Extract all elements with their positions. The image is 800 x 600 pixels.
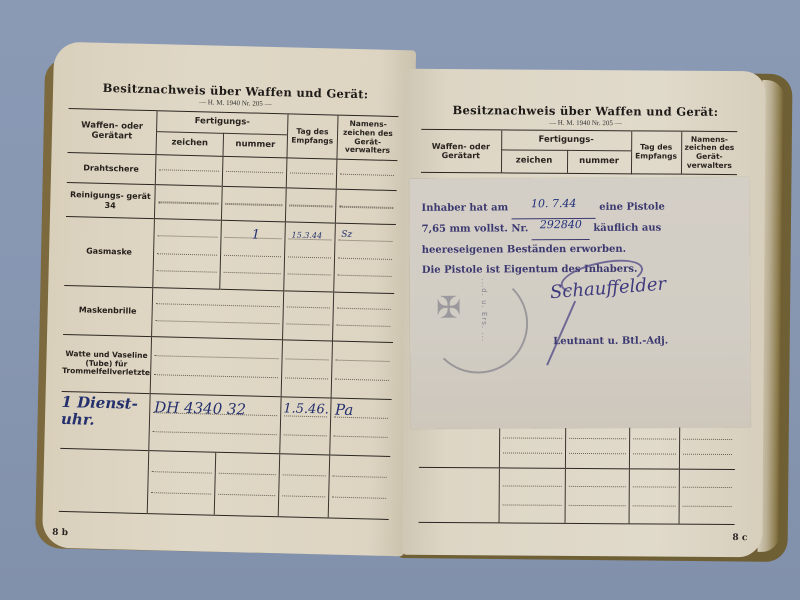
table-row: Maskenbrille	[63, 285, 394, 342]
officer-rank: Leutnant u. Btl.-Adj.	[553, 336, 668, 348]
dienstuhr-item: 1 Dienst- uhr.	[61, 394, 142, 430]
table-row: Gasmaske 1 15.3.44 Sz	[64, 216, 396, 293]
slip-line-2: 7,65 mm vollst. Nr. 292840 käuflich aus	[422, 219, 665, 241]
signature-stroke	[546, 301, 576, 366]
item-label: Gasmaske	[64, 216, 154, 287]
header-nummer: nummer	[567, 151, 631, 174]
header-tag: Tag des Empfangs	[631, 131, 681, 174]
right-page-title: Besitznachweis über Waffen und Gerät:	[425, 103, 745, 119]
slip-line-3: heereseigenen Beständen erworben.	[422, 240, 665, 261]
gasmaske-nummer: 1	[251, 228, 260, 243]
page-number-left: 8 b	[52, 528, 68, 538]
item-label: Maskenbrille	[63, 285, 153, 336]
header-namenszeichen: Namens- zeichen des Gerät- verwalters	[681, 131, 737, 174]
eagle-stamp-icon: ✠	[436, 291, 461, 326]
acquisition-date: 10. 7.44	[512, 194, 596, 214]
pistol-number: 292840	[532, 215, 590, 235]
left-page: Besitznachweis über Waffen und Gerät: — …	[42, 42, 416, 557]
header-waffen: Waffen- oder Gerätart	[68, 109, 157, 155]
table-row: Watte und Vaseline (Tube) für Trommelfel…	[62, 334, 393, 399]
header-nummer: nummer	[223, 133, 287, 158]
table-row	[419, 423, 735, 470]
header-zeichen: zeichen	[501, 150, 567, 173]
table-row	[59, 448, 390, 519]
item-label: Reinigungs- gerät 34	[66, 183, 155, 219]
table-row	[419, 467, 735, 524]
header-fertigungs: Fertigungs-	[501, 130, 631, 151]
page-number-right: 8 c	[732, 533, 747, 543]
table-row: 1 Dienst- uhr. DH 4340 32 1.5.46. Pa	[60, 391, 391, 456]
header-zeichen: zeichen	[156, 132, 224, 157]
pistol-number-field: 292840	[532, 219, 590, 240]
dienstuhr-tag: 1.5.46.	[283, 401, 329, 417]
item-label	[419, 467, 499, 523]
stamp-text: ...d. u. Ers. ...	[480, 278, 488, 342]
soldbuch-spread: Besitznachweis über Waffen und Gerät: — …	[0, 0, 800, 600]
right-equipment-table: Waffen- oder Gerätart Fertigungs- Tag de…	[421, 129, 737, 175]
header-waffen: Waffen- oder Gerätart	[421, 129, 501, 173]
header-tag: Tag des Empfangs	[287, 114, 338, 159]
left-equipment-table: Waffen- oder Gerätart Fertigungs- Tag de…	[59, 108, 399, 520]
item-label: Watte und Vaseline (Tube) für Trommelfel…	[62, 334, 152, 393]
item-label	[419, 423, 499, 468]
gasmaske-namen: Sz	[341, 230, 352, 240]
dienstuhr-zeichen: DH 4340 32	[154, 398, 246, 418]
item-label: Drahtschere	[67, 153, 156, 185]
dienstuhr-namen: Pa	[335, 401, 354, 419]
right-lower-table	[419, 423, 736, 525]
right-page-subtitle: — H. M. 1940 Nr. 205 —	[425, 118, 745, 128]
pistol-ownership-slip: Inhaber hat am 10. 7.44 eine Pistole 7,6…	[409, 177, 750, 429]
item-label	[59, 448, 149, 513]
gasmaske-tag: 15.3.44	[291, 231, 322, 241]
header-namenszeichen: Namens- zeichen des Gerät- verwalters	[337, 115, 399, 160]
